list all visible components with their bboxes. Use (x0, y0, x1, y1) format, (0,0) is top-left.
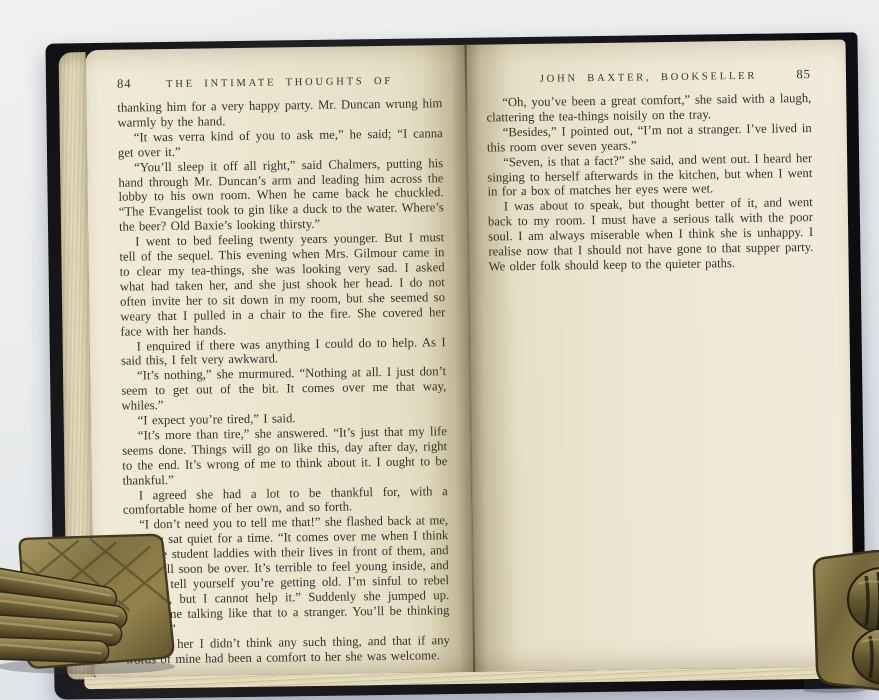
book-photo-scene: 84 THE INTIMATE THOUGHTS OF thanking him… (0, 0, 879, 700)
paragraph: “Oh, you’ve been a great comfort,” she s… (486, 91, 811, 125)
paragraph: “Besides,” I pointed out, “I’m not a str… (487, 121, 812, 155)
paragraph: I agreed she had a lot to be thankful fo… (123, 484, 448, 518)
right-page-content: JOHN BAXTER, BOOKSELLER 85 “Oh, you’ve b… (466, 40, 855, 672)
paragraph: “It was verra kind of you to ask me,” he… (118, 126, 443, 160)
left-page-text: thanking him for a very happy party. Mr.… (117, 96, 450, 667)
left-page-number: 84 (117, 76, 147, 91)
left-page-content: 84 THE INTIMATE THOUGHTS OF thanking him… (86, 45, 475, 677)
paragraph: “You’ll sleep it off all right,” said Ch… (118, 156, 444, 235)
right-running-header: JOHN BAXTER, BOOKSELLER 85 (486, 67, 811, 87)
page-spread: 84 THE INTIMATE THOUGHTS OF thanking him… (86, 40, 855, 678)
paragraph: I told her I didn’t think any such thing… (125, 633, 450, 667)
left-header-title: THE INTIMATE THOUGHTS OF (147, 76, 412, 91)
paragraph: I went to bed feeling twenty years young… (119, 230, 445, 339)
right-header-title: JOHN BAXTER, BOOKSELLER (516, 70, 781, 85)
open-book: 84 THE INTIMATE THOUGHTS OF thanking him… (45, 32, 866, 699)
paragraph: “Seven, is that a fact?” she said, and w… (487, 151, 813, 200)
right-page-number: 85 (781, 67, 811, 82)
paragraph: thanking him for a very happy party. Mr.… (117, 96, 442, 130)
left-running-header: 84 THE INTIMATE THOUGHTS OF (117, 72, 442, 92)
paragraph: “It’s nothing,” she murmured. “Nothing a… (121, 364, 447, 413)
right-page: JOHN BAXTER, BOOKSELLER 85 “Oh, you’ve b… (466, 40, 855, 672)
paragraph: I was about to speak, but thought better… (488, 195, 814, 274)
paragraph: I enquired if there was anything I could… (121, 335, 446, 369)
knuckle-grooves (866, 572, 879, 678)
right-page-text: “Oh, you’ve been a great comfort,” she s… (486, 91, 813, 274)
paragraph: “I don’t need you to tell me that!” she … (123, 514, 450, 638)
left-page: 84 THE INTIMATE THOUGHTS OF thanking him… (86, 45, 475, 677)
paragraph: “It’s more than tire,” she answered. “It… (122, 424, 448, 488)
